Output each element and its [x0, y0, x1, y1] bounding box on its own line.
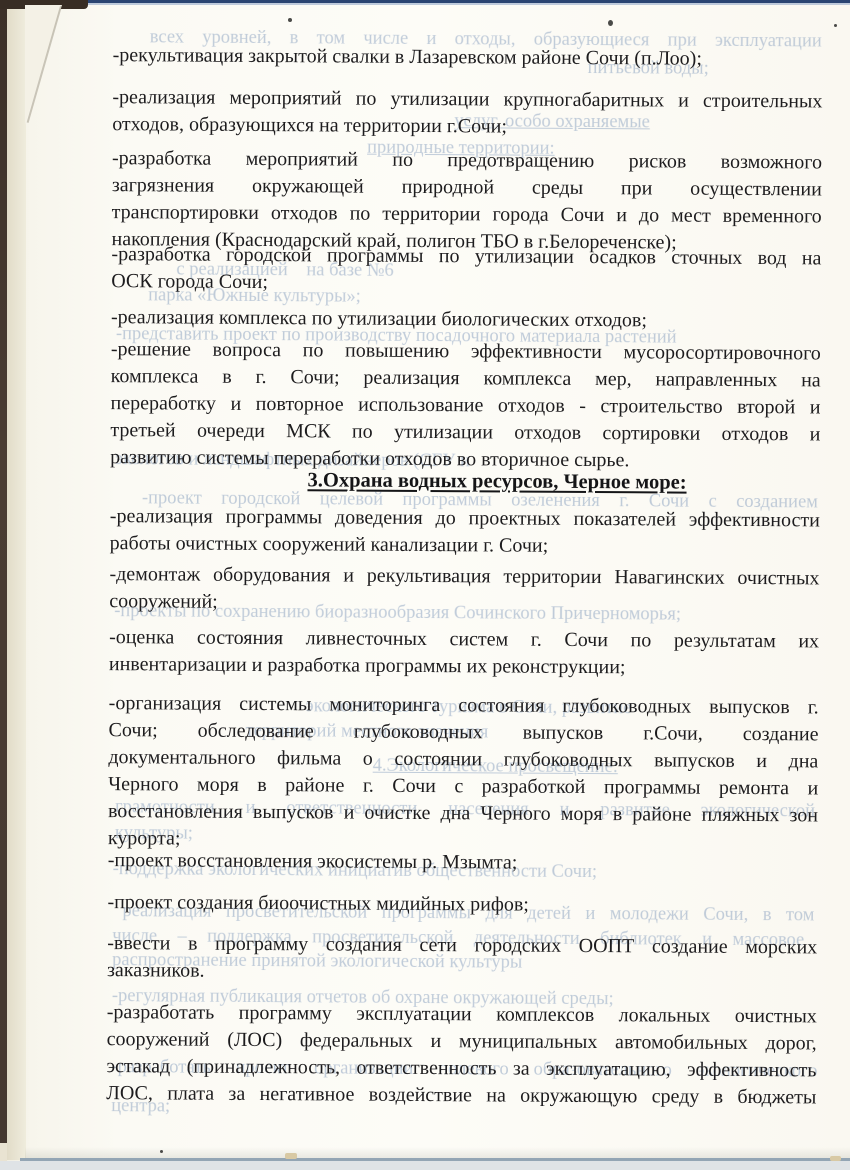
section-heading-water-resources: 3.Охрана водных ресурсов, Черное море:: [147, 468, 847, 495]
paragraph-deepwater-outlets: -организация системы мониторинга состоян…: [108, 690, 819, 856]
scanned-page: всех уровней, в том числе и отходы, обра…: [0, 0, 850, 1170]
paragraph-mussel-reefs: -проект создания биоочистных мидийных ри…: [107, 889, 817, 920]
paragraph-marine-reserves: -ввести в программу создания сети городс…: [107, 930, 817, 988]
document-content: всех уровней, в том числе и отходы, обра…: [0, 0, 850, 1170]
paragraph-recultivation-landfill: -рекультивация закрытой свалки в Лазарев…: [113, 42, 823, 73]
paragraph-transport-risks: -разработка мероприятий по предотвращени…: [111, 145, 822, 257]
paragraph-treatment-efficiency: -реализация программы доведения до проек…: [110, 503, 820, 561]
paragraph-msk-complex: -решение вопроса по повышению эффективно…: [110, 336, 821, 475]
paragraph-navaginsk-dismantle: -демонтаж оборудования и рекультивация т…: [109, 561, 819, 619]
paragraph-mzymta: -проект восстановления экосистемы р. Мзы…: [108, 847, 818, 878]
paragraph-bulky-waste: -реализация мероприятий по утилизации кр…: [112, 84, 822, 142]
paragraph-sewage-sludge: -разработка городской программы по утили…: [111, 241, 821, 299]
paragraph-storm-drains: -оценка состояния ливнесточных систем г.…: [109, 624, 819, 682]
paragraph-los-program: -разработать программу эксплуатации комп…: [106, 999, 817, 1111]
paragraph-bio-waste: -реализация комплекса по утилизации биол…: [111, 304, 821, 335]
